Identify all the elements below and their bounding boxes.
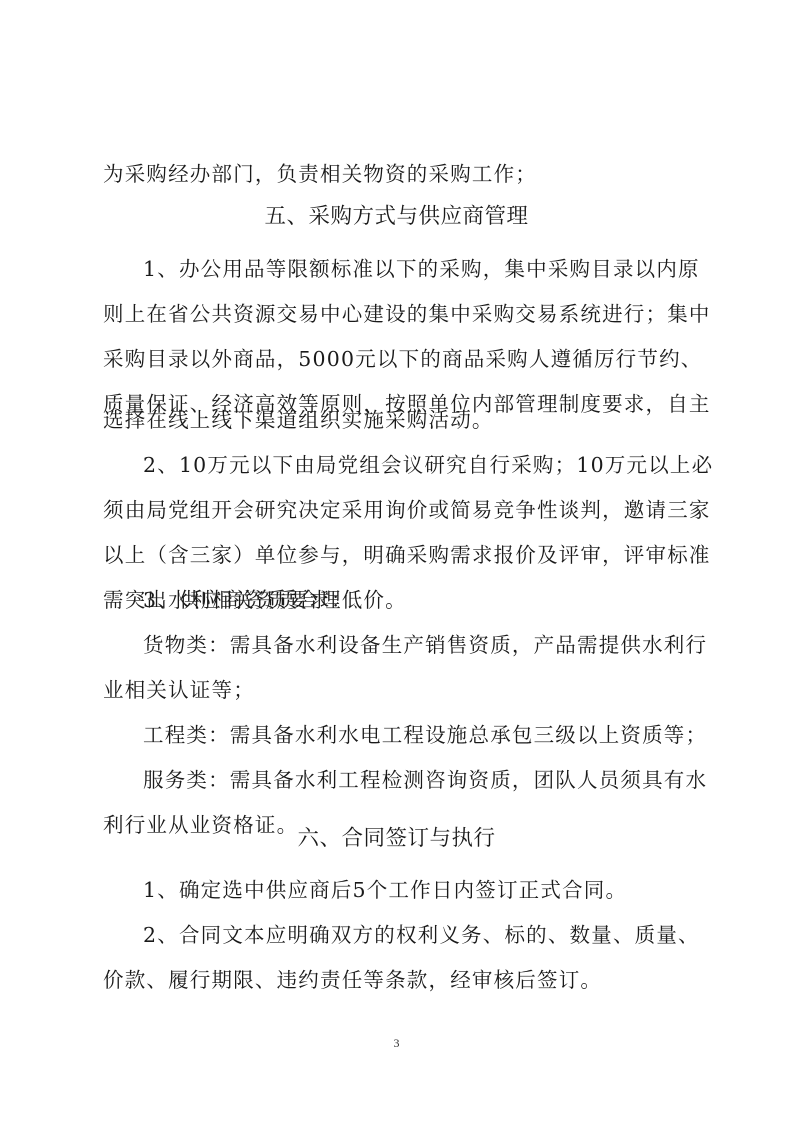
paragraph-line: 1、确定选中供应商后5个工作日内签订正式合同。 [143, 876, 733, 904]
paragraph-line: 货物类：需具备水利设备生产销售资质，产品需提供水利行 [143, 631, 733, 659]
paragraph-line: 则上在省公共资源交易中心建设的集中采购交易系统进行；集中 [103, 300, 693, 328]
paragraph-line: 采购目录以外商品，5000元以下的商品采购人遵循厉行节约、 [103, 345, 693, 373]
paragraph-line: 以上（含三家）单位参与，明确采购需求报价及评审，评审标准 [103, 541, 693, 569]
paragraph-line: 工程类：需具备水利水电工程设施总承包三级以上资质等； [143, 721, 733, 749]
paragraph-line: 价款、履行期限、违约责任等条款，经审核后签订。 [103, 966, 693, 994]
paragraph-line: 2、合同文本应明确双方的权利义务、标的、数量、质量、 [143, 921, 733, 949]
section-heading-6: 六、合同签订与执行 [0, 824, 793, 854]
page-number: 3 [0, 1036, 793, 1051]
paragraph-line: 服务类：需具备水利工程检测咨询资质，团队人员须具有水 [143, 766, 733, 794]
paragraph-line: 1、办公用品等限额标准以下的采购，集中采购目录以内原 [143, 255, 733, 283]
paragraph-line: 选择在线上线下渠道组织实施采购活动。 [103, 406, 693, 434]
document-page: 为采购经办部门，负责相关物资的采购工作； 五、采购方式与供应商管理 1、办公用品… [0, 0, 793, 1121]
paragraph-line: 业相关认证等； [103, 676, 693, 704]
paragraph-line: 为采购经办部门，负责相关物资的采购工作； [103, 160, 693, 188]
paragraph-line: 3、供应商资质要求： [143, 586, 733, 614]
paragraph-line: 须由局党组开会研究决定采用询价或简易竞争性谈判，邀请三家 [103, 496, 693, 524]
paragraph-line: 2、10万元以下由局党组会议研究自行采购；10万元以上必 [143, 451, 733, 479]
section-heading-5: 五、采购方式与供应商管理 [0, 202, 793, 232]
